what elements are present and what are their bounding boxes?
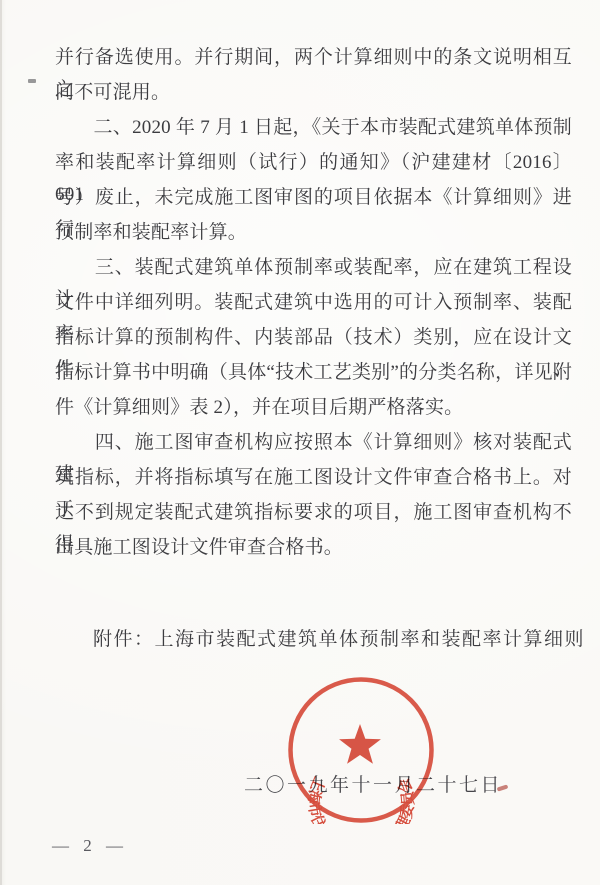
text-line: 指标计算的预制构件、内装部品（技术）类别，应在设计文件、 xyxy=(55,322,572,357)
text-line: 出具施工图设计文件审查合格书。 xyxy=(55,532,572,567)
text-line: 号）废止，未完成施工图审图的项目依据本《计算细则》进行 xyxy=(55,182,572,217)
text-line: 四、施工图审查机构应按照本《计算细则》核对装配式建 xyxy=(55,427,572,462)
text-line: 筑指标，并将指标填写在施工图设计文件审查合格书上。对于 xyxy=(55,462,572,497)
page-number: — 2 — xyxy=(52,836,128,856)
scan-smudge-artifact xyxy=(28,79,36,83)
attachment-line: 附件：上海市装配式建筑单体预制率和装配率计算细则 xyxy=(55,624,575,651)
document-text-block: 并行备选使用。并行期间，两个计算细则中的条文说明相互之间不可混用。 二、2020… xyxy=(55,42,572,567)
text-line: 件《计算细则》表 2），并在项目后期严格落实。 xyxy=(55,392,572,427)
text-line: 达不到规定装配式建筑指标要求的项目，施工图审查机构不得 xyxy=(55,497,572,532)
text-line: 率和装配率计算细则（试行）的通知》（沪建建材〔2016〕601 xyxy=(55,147,572,182)
text-line: 二、2020 年 7 月 1 日起，《关于本市装配式建筑单体预制 xyxy=(55,112,572,147)
text-line: 三、装配式建筑单体预制率或装配率，应在建筑工程设计 xyxy=(55,252,572,287)
text-line: 文件中详细列明。装配式建筑中选用的可计入预制率、装配率 xyxy=(55,287,572,322)
star-icon xyxy=(339,724,381,764)
scan-edge-artifact xyxy=(0,0,2,885)
scanned-document-page: 并行备选使用。并行期间，两个计算细则中的条文说明相互之间不可混用。 二、2020… xyxy=(0,0,600,885)
text-line: 并行备选使用。并行期间，两个计算细则中的条文说明相互之 xyxy=(55,42,572,77)
text-line: 间不可混用。 xyxy=(55,77,572,112)
text-line: 指标计算书中明确（具体“技术工艺类别”的分类名称，详见附 xyxy=(55,357,572,392)
seal-text: 上海市住房和城乡建设管理委员会 xyxy=(304,774,417,824)
text-line: 预制率和装配率计算。 xyxy=(55,217,572,252)
official-seal: 上海市住房和城乡建设管理委员会 xyxy=(286,674,436,824)
